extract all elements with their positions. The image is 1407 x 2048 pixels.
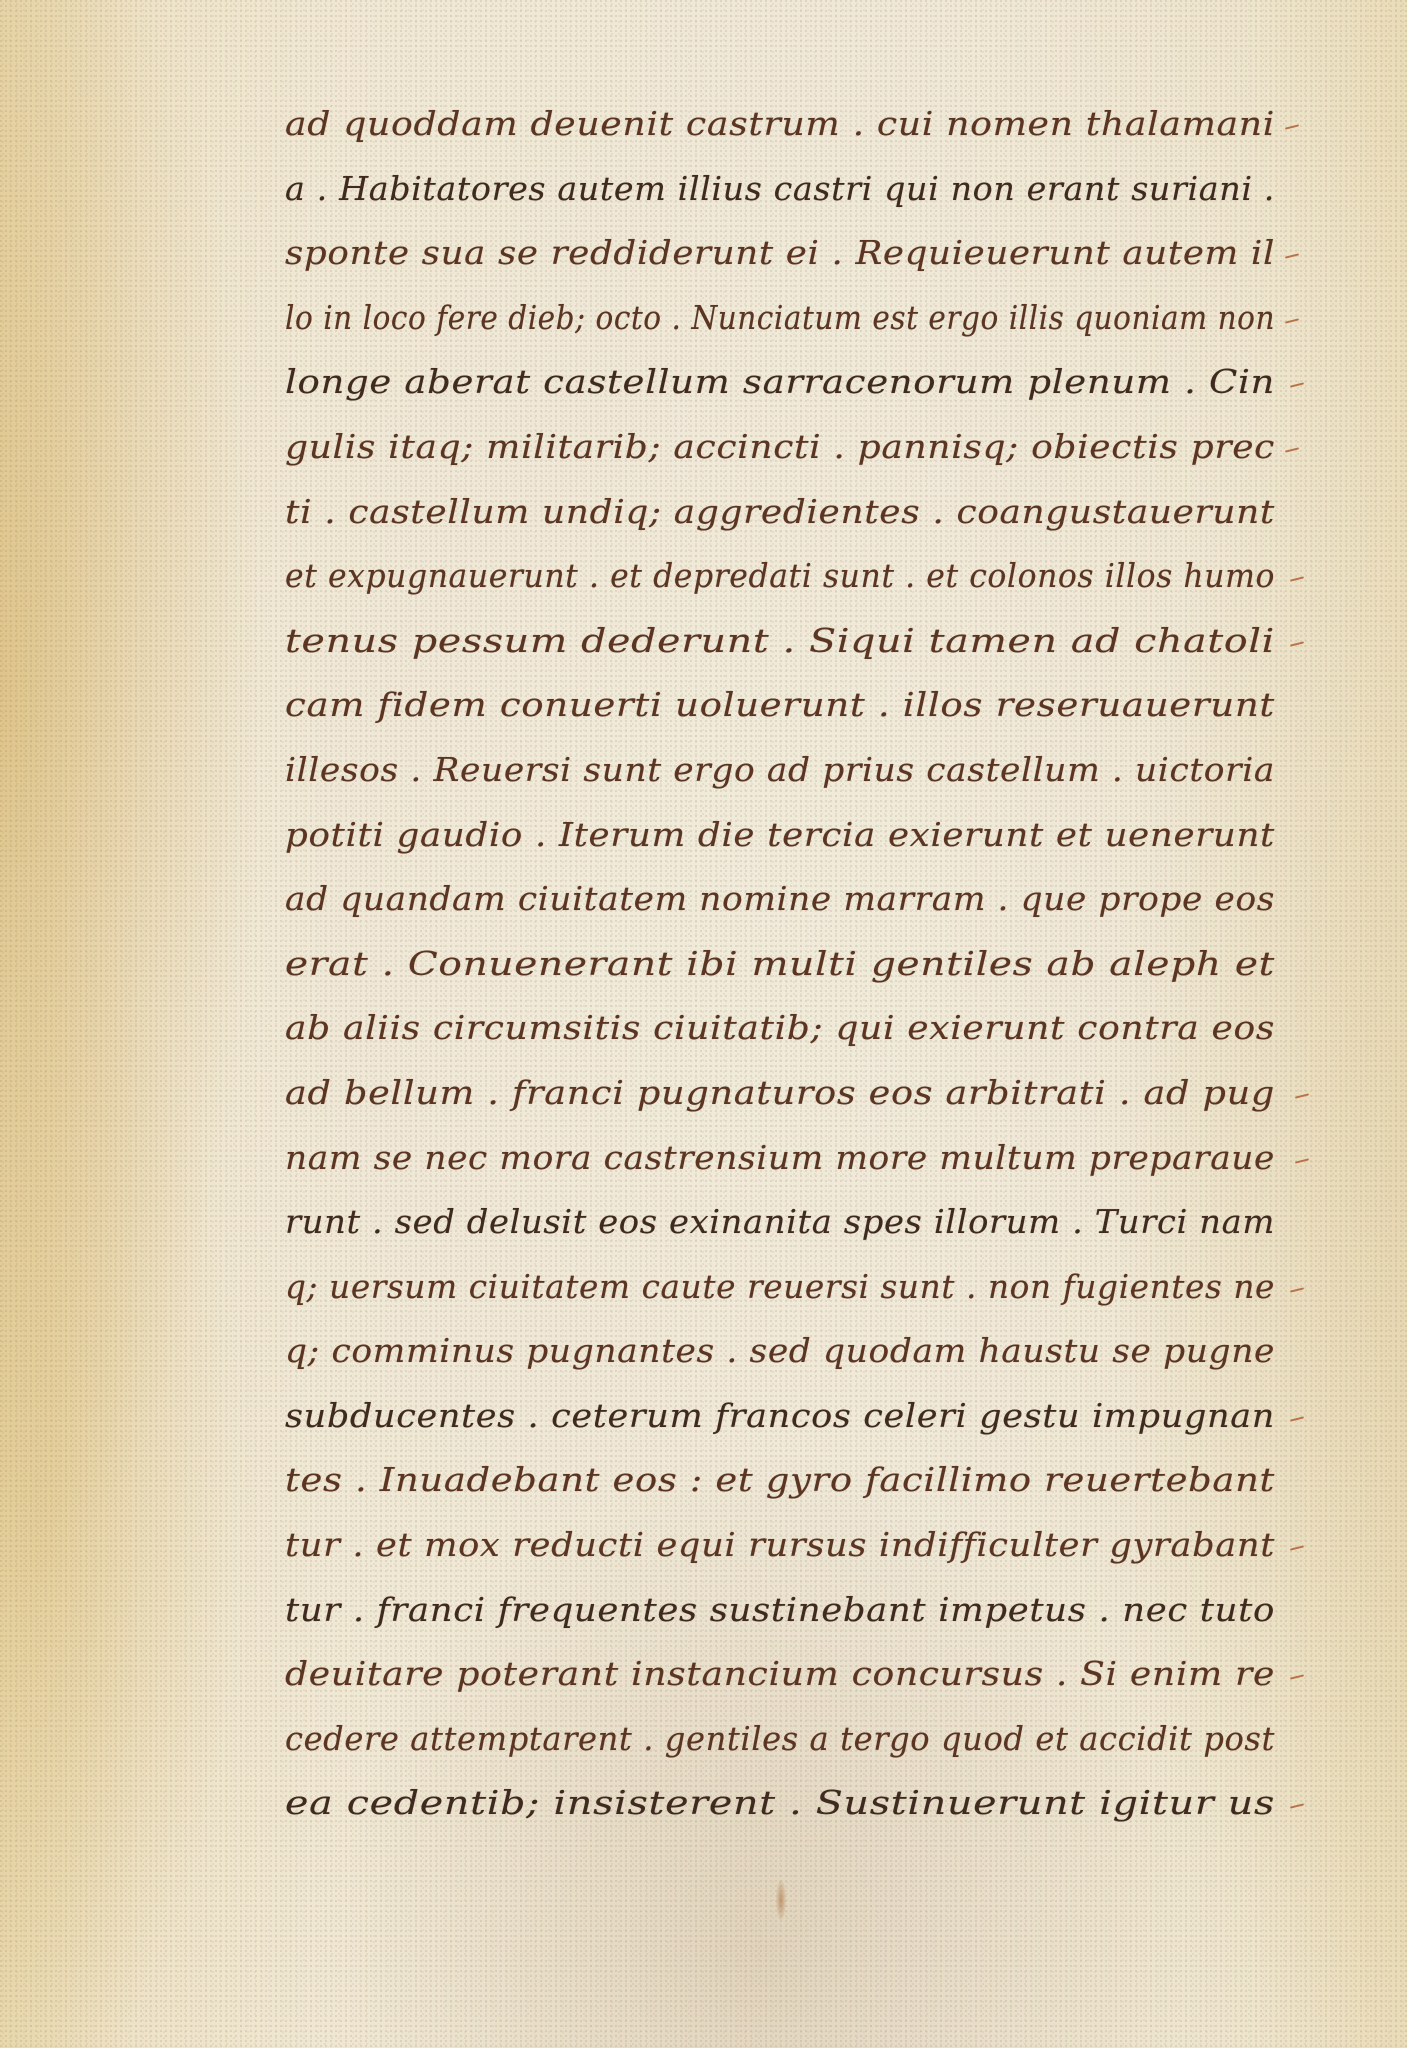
text-line: tes . Inuadebant eos : et gyro facillimo… <box>285 1448 1315 1513</box>
line-text: ad bellum . franci pugnaturos eos arbitr… <box>285 1061 1275 1126</box>
line-text: subducentes . ceterum francos celeri ges… <box>285 1384 1275 1449</box>
line-text: cedere attemptarent . gentiles a tergo q… <box>285 1707 1275 1772</box>
line-hyphen-mark <box>1290 1675 1304 1680</box>
line-hyphen-mark <box>1290 1804 1304 1809</box>
line-hyphen-mark <box>1290 1545 1304 1550</box>
line-hyphen-mark <box>1285 447 1299 452</box>
line-text: tur . et mox reducti equi rursus indiffi… <box>285 1513 1275 1578</box>
text-line: longe aberat castellum sarracenorum plen… <box>285 350 1315 415</box>
line-text: erat . Conuenerant ibi multi gentiles ab… <box>285 932 1275 997</box>
line-text: potiti gaudio . Iterum die tercia exieru… <box>285 803 1275 868</box>
text-line: deuitare poterant instancium concursus .… <box>285 1642 1315 1707</box>
line-text: lo in loco fere dieb; octo . Nunciatum e… <box>285 286 1275 351</box>
text-line: ab aliis circumsitis ciuitatib; qui exie… <box>285 996 1315 1061</box>
text-line: sponte sua se reddiderunt ei . Requieuer… <box>285 221 1315 286</box>
line-text: sponte sua se reddiderunt ei . Requieuer… <box>285 221 1275 286</box>
text-line: ea cedentib; insisterent . Sustinuerunt … <box>285 1771 1315 1836</box>
text-line: tenus pessum dederunt . Siqui tamen ad c… <box>285 609 1315 674</box>
line-hyphen-mark <box>1290 1287 1304 1292</box>
manuscript-text-block: ad quoddam deuenit castrum . cui nomen t… <box>285 92 1315 1836</box>
text-line: nam se nec mora castrensium more multum … <box>285 1126 1315 1191</box>
line-text: a . Habitatores autem illius castri qui … <box>285 157 1275 222</box>
text-line: erat . Conuenerant ibi multi gentiles ab… <box>285 932 1315 997</box>
line-hyphen-mark <box>1290 1416 1304 1421</box>
text-line: q; comminus pugnantes . sed quodam haust… <box>285 1319 1315 1384</box>
text-line: lo in loco fere dieb; octo . Nunciatum e… <box>285 286 1315 351</box>
text-line: tur . et mox reducti equi rursus indiffi… <box>285 1513 1315 1578</box>
line-text: ad quandam ciuitatem nomine marram . que… <box>285 867 1275 932</box>
text-line: gulis itaq; militarib; accincti . pannis… <box>285 415 1315 480</box>
line-text: q; comminus pugnantes . sed quodam haust… <box>285 1319 1275 1384</box>
text-line: et expugnauerunt . et depredati sunt . e… <box>285 544 1315 609</box>
line-hyphen-mark <box>1290 576 1304 581</box>
text-line: q; uersum ciuitatem caute reuersi sunt .… <box>285 1255 1315 1320</box>
text-line: tur . franci frequentes sustinebant impe… <box>285 1578 1315 1643</box>
text-line: ti . castellum undiq; aggredientes . coa… <box>285 480 1315 545</box>
line-hyphen-mark <box>1290 383 1304 388</box>
text-line: cedere attemptarent . gentiles a tergo q… <box>285 1707 1315 1772</box>
text-line: ad quoddam deuenit castrum . cui nomen t… <box>285 92 1315 157</box>
text-line: potiti gaudio . Iterum die tercia exieru… <box>285 803 1315 868</box>
line-hyphen-mark <box>1285 254 1299 259</box>
line-text: et expugnauerunt . et depredati sunt . e… <box>285 544 1275 609</box>
text-line: ad bellum . franci pugnaturos eos arbitr… <box>285 1061 1315 1126</box>
line-text: ad quoddam deuenit castrum . cui nomen t… <box>285 92 1275 157</box>
text-line: cam fidem conuerti uoluerunt . illos res… <box>285 673 1315 738</box>
text-line: subducentes . ceterum francos celeri ges… <box>285 1384 1315 1449</box>
line-text: ab aliis circumsitis ciuitatib; qui exie… <box>285 996 1275 1061</box>
line-hyphen-mark <box>1290 641 1304 646</box>
line-hyphen-mark <box>1285 318 1299 323</box>
line-text: nam se nec mora castrensium more multum … <box>285 1126 1275 1191</box>
line-text: longe aberat castellum sarracenorum plen… <box>285 350 1275 415</box>
text-line: runt . sed delusit eos exinanita spes il… <box>285 1190 1315 1255</box>
line-text: runt . sed delusit eos exinanita spes il… <box>285 1190 1275 1255</box>
parchment-stain <box>776 1880 786 1920</box>
line-text: deuitare poterant instancium concursus .… <box>285 1642 1275 1707</box>
line-text: tes . Inuadebant eos : et gyro facillimo… <box>285 1448 1275 1513</box>
line-hyphen-mark <box>1295 1158 1309 1163</box>
line-text: q; uersum ciuitatem caute reuersi sunt .… <box>285 1255 1275 1320</box>
line-text: ea cedentib; insisterent . Sustinuerunt … <box>285 1771 1275 1836</box>
line-text: illesos . Reuersi sunt ergo ad prius cas… <box>285 738 1275 803</box>
text-line: illesos . Reuersi sunt ergo ad prius cas… <box>285 738 1315 803</box>
line-text: gulis itaq; militarib; accincti . pannis… <box>285 415 1275 480</box>
line-text: tur . franci frequentes sustinebant impe… <box>285 1578 1275 1643</box>
text-line: a . Habitatores autem illius castri qui … <box>285 157 1315 222</box>
line-hyphen-mark <box>1285 124 1299 129</box>
line-text: tenus pessum dederunt . Siqui tamen ad c… <box>285 609 1275 674</box>
line-hyphen-mark <box>1295 1093 1309 1098</box>
line-text: cam fidem conuerti uoluerunt . illos res… <box>285 673 1275 738</box>
text-line: ad quandam ciuitatem nomine marram . que… <box>285 867 1315 932</box>
line-text: ti . castellum undiq; aggredientes . coa… <box>285 480 1275 545</box>
